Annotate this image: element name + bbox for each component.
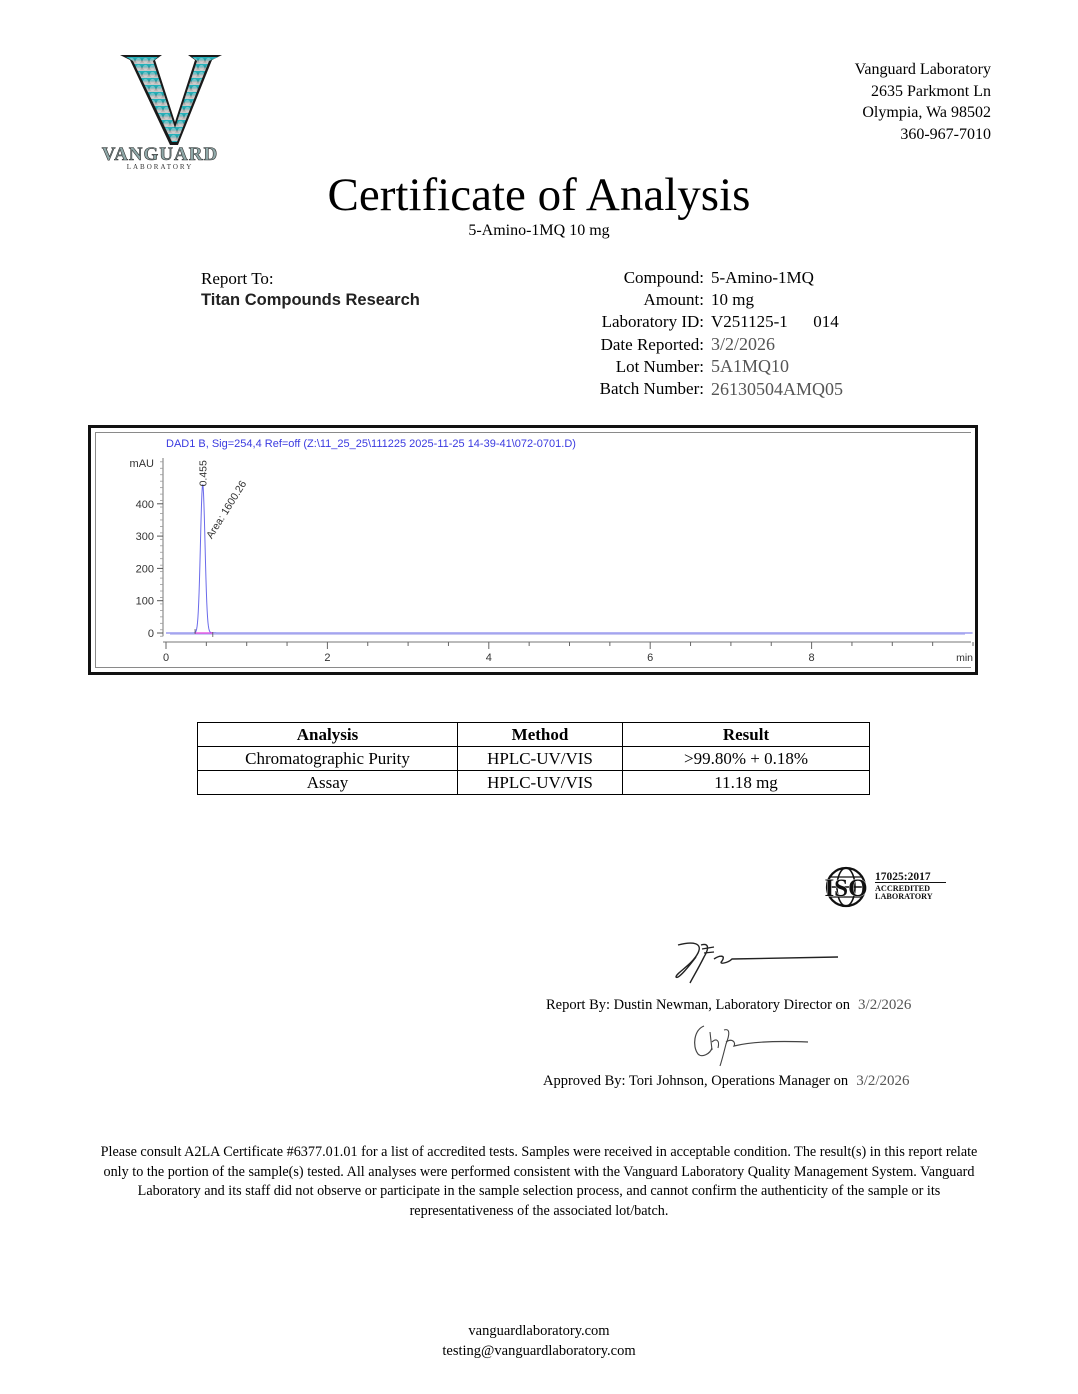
header-analysis: Analysis [198, 723, 458, 747]
report-to-block: Report To: Titan Compounds Research [201, 268, 420, 311]
svg-text:VANGUARD: VANGUARD [102, 144, 218, 165]
disclaimer-text: Please consult A2LA Certificate #6377.01… [95, 1143, 983, 1221]
sample-info: Compound: 5-Amino-1MQ Amount: 10 mg Labo… [560, 267, 843, 400]
chart-title: DAD1 B, Sig=254,4 Ref=off (Z:\11_25_25\1… [166, 438, 576, 450]
svg-text:300: 300 [136, 531, 154, 543]
report-by-text: Report By: Dustin Newman, Laboratory Dir… [546, 997, 850, 1013]
info-label: Compound: [560, 268, 711, 288]
footer-website[interactable]: vanguardlaboratory.com [0, 1321, 1078, 1341]
info-label: Laboratory ID: [560, 312, 711, 332]
lab-city: Olympia, Wa 98502 [855, 102, 991, 124]
table-row: Chromatographic Purity HPLC-UV/VIS >99.8… [198, 747, 870, 771]
info-value: 3/2/2026 [711, 334, 775, 355]
info-label: Amount: [560, 290, 711, 310]
info-row-lot-number: Lot Number: 5A1MQ10 [560, 356, 843, 378]
info-label: Batch Number: [560, 379, 711, 399]
svg-text:Area: 1600.26: Area: 1600.26 [204, 479, 249, 541]
svg-text:LABORATORY: LABORATORY [875, 892, 933, 901]
cell-analysis: Chromatographic Purity [198, 747, 458, 771]
table-row: Assay HPLC-UV/VIS 11.18 mg [198, 771, 870, 795]
document-title: Certificate of Analysis [0, 167, 1078, 223]
report-by-line: Report By: Dustin Newman, Laboratory Dir… [546, 997, 911, 1014]
svg-text:ISO: ISO [824, 875, 867, 902]
svg-text:0.455: 0.455 [198, 460, 210, 486]
info-label: Lot Number: [560, 357, 711, 377]
header-result: Result [623, 723, 870, 747]
approved-by-date: 3/2/2026 [856, 1073, 909, 1089]
svg-text:8: 8 [809, 652, 815, 664]
info-row-date-reported: Date Reported: 3/2/2026 [560, 334, 843, 356]
document-subtitle: 5-Amino-1MQ 10 mg [0, 221, 1078, 241]
report-to-label: Report To: [201, 268, 420, 289]
info-label: Date Reported: [560, 335, 711, 355]
svg-text:mAU: mAU [130, 458, 155, 470]
approved-by-line: Approved By: Tori Johnson, Operations Ma… [543, 1073, 910, 1090]
info-row-lab-id: Laboratory ID: V251125-1 014 [560, 311, 843, 333]
iso-globe-icon: ISO 17025:2017 ACCREDITED LABORATORY [822, 866, 950, 910]
cell-analysis: Assay [198, 771, 458, 795]
lab-phone: 360-967-7010 [855, 124, 991, 146]
vanguard-logo: VANGUARD LABORATORY [100, 50, 250, 175]
director-signature-icon [668, 935, 843, 987]
svg-text:6: 6 [647, 652, 653, 664]
table-header-row: Analysis Method Result [198, 723, 870, 747]
cell-result: >99.80% + 0.18% [623, 747, 870, 771]
report-by-date: 3/2/2026 [858, 997, 911, 1013]
svg-text:2: 2 [324, 652, 330, 664]
info-row-compound: Compound: 5-Amino-1MQ [560, 267, 843, 289]
svg-text:200: 200 [136, 563, 154, 575]
cell-result: 11.18 mg [623, 771, 870, 795]
footer: vanguardlaboratory.com testing@vanguardl… [0, 1321, 1078, 1361]
results-table: Analysis Method Result Chromatographic P… [197, 722, 870, 795]
chromatogram-chart: DAD1 B, Sig=254,4 Ref=off (Z:\11_25_25\1… [88, 425, 978, 675]
info-value: 5A1MQ10 [711, 356, 789, 377]
manager-signature-icon [690, 1020, 815, 1070]
svg-text:17025:2017: 17025:2017 [875, 871, 931, 883]
svg-text:0: 0 [163, 652, 169, 664]
info-value: 26130504AMQ05 [711, 379, 843, 400]
svg-text:4: 4 [486, 652, 492, 664]
info-row-amount: Amount: 10 mg [560, 289, 843, 311]
svg-text:min: min [956, 652, 973, 664]
svg-text:100: 100 [136, 596, 154, 608]
client-name: Titan Compounds Research [201, 289, 420, 311]
svg-text:0: 0 [148, 628, 154, 640]
vanguard-v-logo-icon: VANGUARD LABORATORY [100, 50, 250, 175]
lab-address: Vanguard Laboratory 2635 Parkmont Ln Oly… [855, 59, 991, 145]
lab-name: Vanguard Laboratory [855, 59, 991, 81]
signal-trace [166, 484, 973, 633]
iso-accreditation-badge: ISO 17025:2017 ACCREDITED LABORATORY [822, 866, 950, 910]
cell-method: HPLC-UV/VIS [458, 747, 623, 771]
info-value: V251125-1 014 [711, 312, 839, 332]
approved-by-text: Approved By: Tori Johnson, Operations Ma… [543, 1073, 848, 1089]
cell-method: HPLC-UV/VIS [458, 771, 623, 795]
info-value: 5-Amino-1MQ [711, 268, 814, 288]
lab-street: 2635 Parkmont Ln [855, 81, 991, 103]
footer-email[interactable]: testing@vanguardlaboratory.com [0, 1341, 1078, 1361]
info-row-batch-number: Batch Number: 26130504AMQ05 [560, 378, 843, 400]
svg-text:400: 400 [136, 499, 154, 511]
header-method: Method [458, 723, 623, 747]
info-value: 10 mg [711, 290, 754, 310]
